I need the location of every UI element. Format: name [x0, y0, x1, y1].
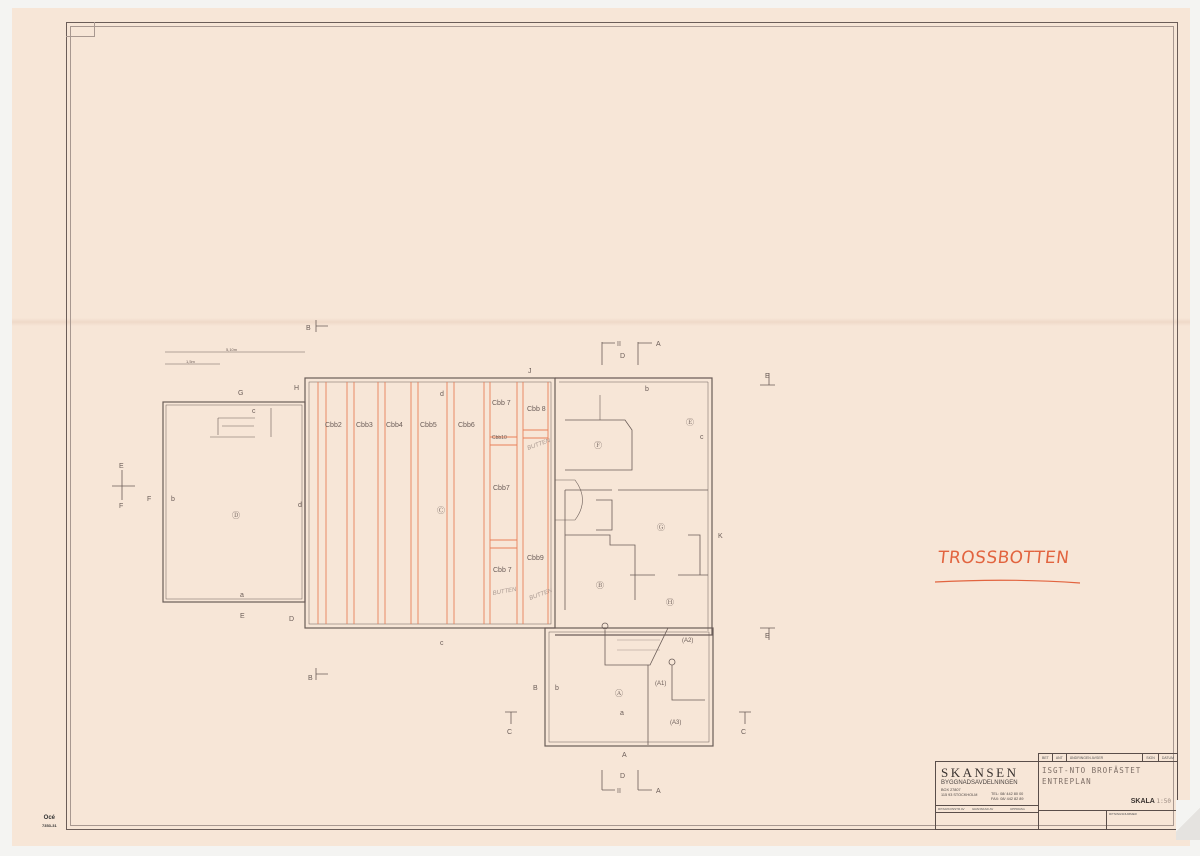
department-name: BYGGNADSAVDELNINGEN — [941, 780, 1018, 786]
rev-col-date: DATUM — [1159, 754, 1177, 761]
svg-text:Ⓔ: Ⓔ — [686, 418, 694, 427]
svg-text:B: B — [308, 675, 313, 682]
svg-text:A: A — [622, 752, 627, 759]
scale-value: 1:50 — [1157, 798, 1171, 805]
svg-text:D: D — [289, 616, 294, 623]
paper-brand-mark: Océ 7353-31 — [42, 815, 57, 829]
drawing-number-field: RITNINGSNUMMER — [1106, 811, 1177, 830]
svg-text:c: c — [700, 434, 704, 441]
svg-text:Ⓓ: Ⓓ — [232, 511, 240, 520]
svg-text:(A1): (A1) — [655, 681, 666, 687]
rev-col-change: ÄNDRINGEN AVSER — [1067, 754, 1143, 761]
rev-col-bet: BET — [1039, 754, 1053, 761]
svg-text:5,10m: 5,10m — [226, 347, 238, 352]
svg-text:Cbb10: Cbb10 — [492, 435, 507, 441]
svg-text:A: A — [656, 788, 661, 795]
svg-text:Ⓒ: Ⓒ — [437, 506, 445, 515]
svg-text:H: H — [294, 385, 299, 392]
svg-text:Ⓗ: Ⓗ — [666, 598, 674, 607]
floor-plan: Cbb2 Cbb3 Cbb4 Cbb5 Cbb6 Cbb 7 Cbb 8 Cbb… — [0, 0, 1200, 856]
company-address: BOX 27807 115 93 STOCKHOLM — [941, 788, 977, 797]
svg-text:C: C — [741, 729, 746, 736]
svg-text:II: II — [617, 788, 621, 795]
svg-text:F: F — [147, 496, 151, 503]
rev-col-sign: SIGN — [1143, 754, 1159, 761]
svg-text:D: D — [620, 773, 625, 780]
svg-text:J: J — [528, 368, 532, 375]
svg-text:Cbb 7: Cbb 7 — [492, 400, 511, 407]
svg-text:A: A — [656, 341, 661, 348]
svg-text:Ⓖ: Ⓖ — [657, 523, 665, 532]
svg-text:Cbb3: Cbb3 — [356, 422, 373, 429]
svg-text:d: d — [298, 502, 302, 509]
paper-brand-name: Océ — [42, 815, 57, 822]
svg-text:Cbb 8: Cbb 8 — [527, 406, 546, 413]
svg-text:G: G — [238, 390, 243, 397]
drafter-row: RITAD/KONSTR AV GRANSKAD AV UPPDRAG — [936, 805, 1038, 813]
title-block: SKANSEN BYGGNADSAVDELNINGEN BOX 27807 11… — [935, 761, 1178, 830]
svg-text:b: b — [645, 386, 649, 393]
svg-text:E: E — [765, 633, 770, 640]
svg-text:a: a — [620, 710, 624, 717]
svg-text:E: E — [765, 373, 770, 380]
company-phone: TEL: 08/ 442 80 00 FAX: 08/ 442 82 89 — [991, 792, 1024, 801]
svg-text:E: E — [240, 613, 245, 620]
svg-text:Cbb2: Cbb2 — [325, 422, 342, 429]
svg-text:II: II — [617, 341, 621, 348]
scale-label: SKALA — [1131, 798, 1155, 805]
svg-text:E: E — [119, 463, 124, 470]
svg-text:d: d — [440, 391, 444, 398]
rev-col-ant: ANT — [1053, 754, 1067, 761]
title-block-bottom: RITNINGSNUMMER — [1038, 810, 1177, 830]
svg-text:D: D — [620, 353, 625, 360]
svg-text:Cbb5: Cbb5 — [420, 422, 437, 429]
svg-text:(A3): (A3) — [670, 720, 681, 726]
scale: SKALA 1:50 — [1131, 798, 1171, 805]
svg-text:Cbb9: Cbb9 — [527, 555, 544, 562]
svg-text:F: F — [119, 503, 123, 510]
paper-brand-code: 7353-31 — [42, 822, 57, 829]
svg-text:b: b — [555, 685, 559, 692]
svg-text:Cbb4: Cbb4 — [386, 422, 403, 429]
svg-text:Cbb6: Cbb6 — [458, 422, 475, 429]
annotation-trossbotten: TROSSBOTTEN — [937, 548, 1070, 568]
svg-text:1,5m: 1,5m — [186, 359, 196, 364]
svg-text:Cbb7: Cbb7 — [493, 485, 510, 492]
svg-text:B: B — [533, 685, 538, 692]
company-name: SKANSEN — [941, 765, 1018, 781]
svg-text:Ⓕ: Ⓕ — [594, 441, 602, 450]
svg-text:(A2): (A2) — [682, 638, 693, 644]
project-title: ISGT-NTO BROFÄSTET ENTREPLAN — [1042, 765, 1141, 787]
svg-text:c: c — [440, 640, 444, 647]
svg-text:B: B — [306, 325, 311, 332]
svg-text:Cbb 7: Cbb 7 — [493, 567, 512, 574]
svg-text:a: a — [240, 592, 244, 599]
page-curl — [1176, 800, 1200, 840]
svg-text:BUTTEN: BUTTEN — [529, 588, 554, 602]
company-block: SKANSEN BYGGNADSAVDELNINGEN BOX 27807 11… — [936, 762, 1039, 829]
svg-text:Ⓑ: Ⓑ — [596, 581, 604, 590]
svg-text:c: c — [252, 408, 256, 415]
svg-text:BUTTEN: BUTTEN — [492, 587, 517, 597]
svg-text:K: K — [718, 533, 723, 540]
svg-text:Ⓐ: Ⓐ — [615, 689, 623, 698]
svg-text:b: b — [171, 496, 175, 503]
svg-text:C: C — [507, 729, 512, 736]
